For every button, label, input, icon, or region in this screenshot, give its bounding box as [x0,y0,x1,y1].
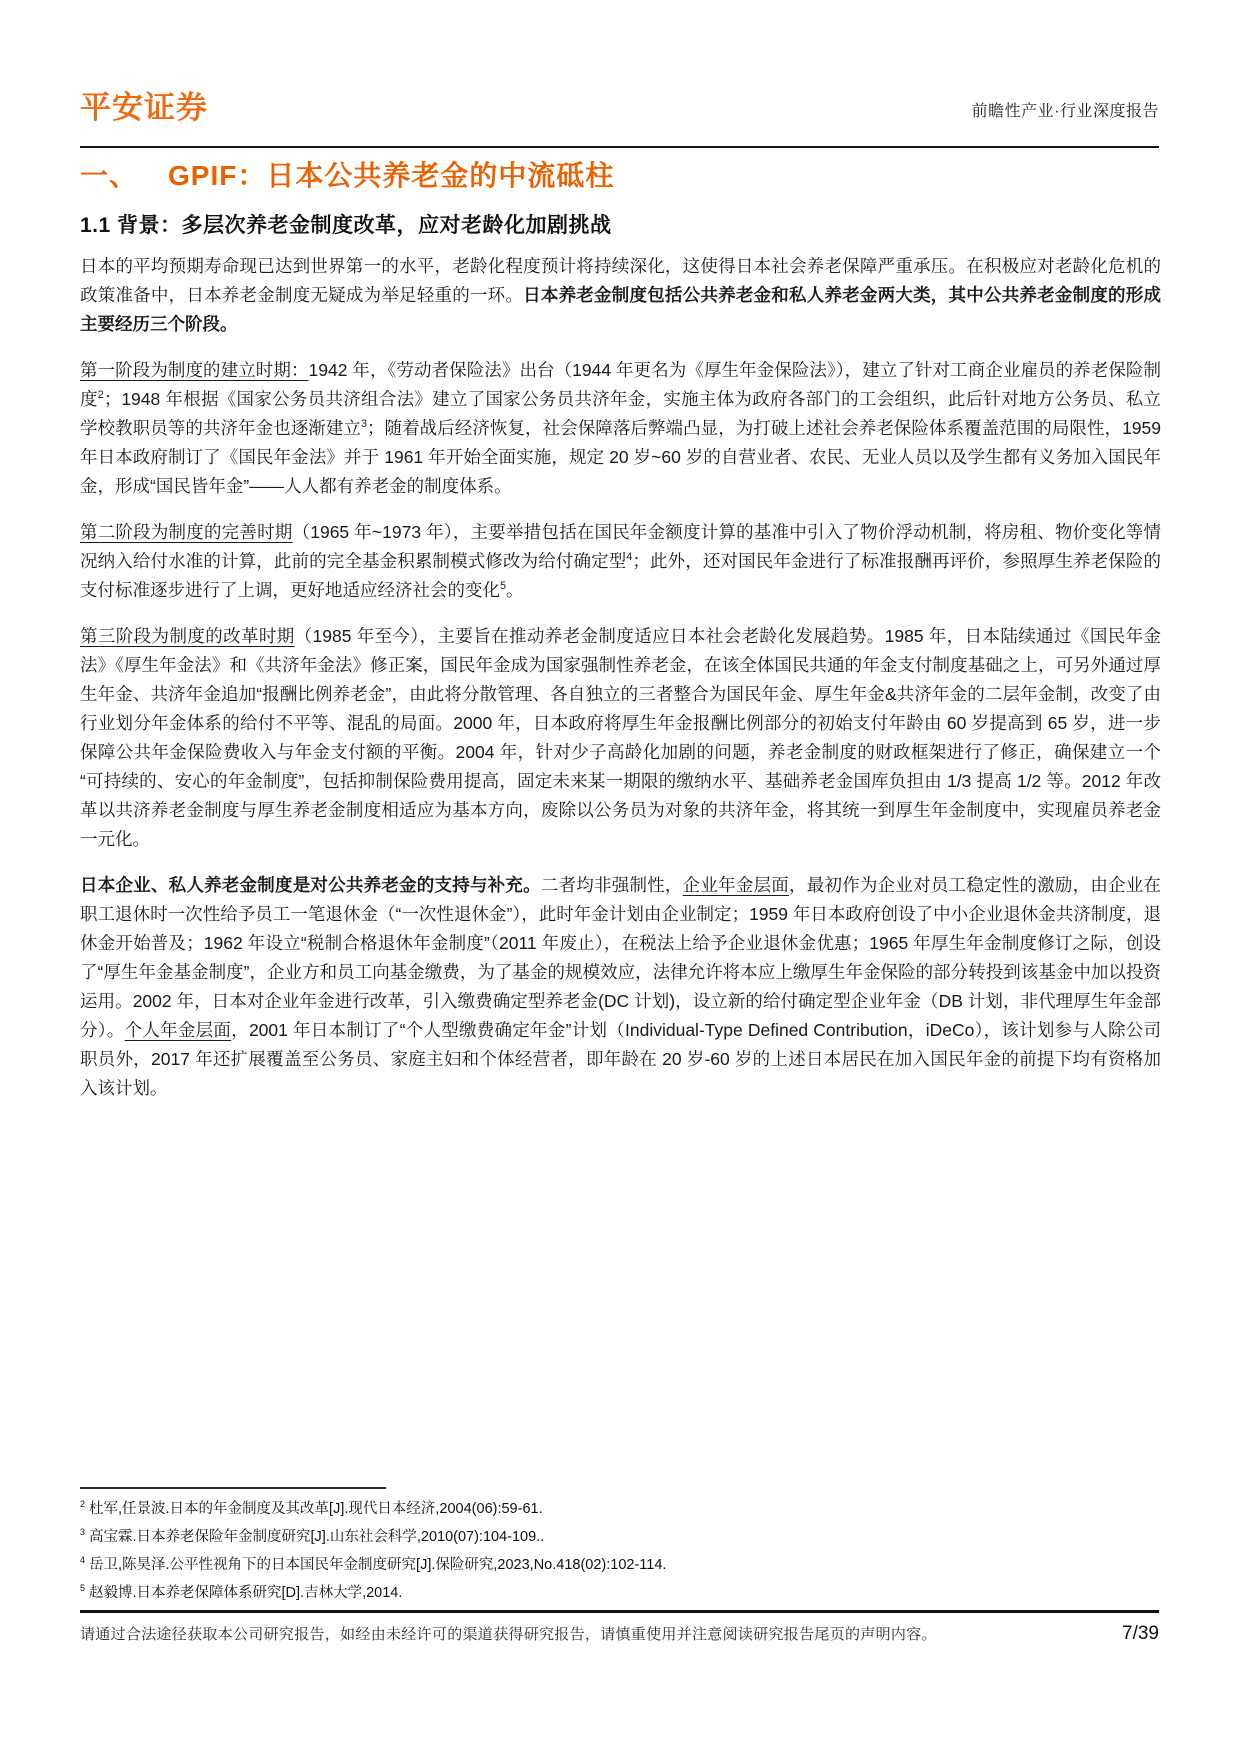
paragraph-4: 第三阶段为制度的改革时期（1985 年至今），主要旨在推动养老金制度适应日本社会… [80,622,1161,854]
section-title: GPIF：日本公共养老金的中流砥柱 [168,160,614,191]
footnotes-section: 2杜军,任景波.日本的年金制度及其改革[J].现代日本经济,2004(06):5… [80,1487,1159,1607]
body-text: 日本的平均预期寿命现已达到世界第一的水平，老龄化程度预计将持续深化，这使得日本社… [80,252,1161,1120]
footnote-marker: 3 [80,1527,85,1537]
header-divider [80,146,1159,148]
footnote-marker: 5 [80,1583,85,1593]
footnote-text: 高宝霖.日本养老保险年金制度研究[J].山东社会科学,2010(07):104-… [89,1529,544,1545]
footnote-marker: 4 [80,1555,85,1565]
pingan-securities-logo: 平安证券 [80,92,208,123]
footnote-text: 赵毅博.日本养老保障体系研究[D].吉林大学,2014. [89,1585,402,1601]
subsection-heading: 1.1 背景：多层次养老金制度改革，应对老龄化加剧挑战 [80,213,1159,238]
report-type-label: 前瞻性产业·行业深度报告 [972,104,1159,123]
disclaimer-text: 请通过合法途径获取本公司研究报告，如经由未经许可的渠道获得研究报告，请慎重使用并… [80,1623,937,1644]
footnote-item: 2杜军,任景波.日本的年金制度及其改革[J].现代日本经济,2004(06):5… [80,1495,1159,1523]
page-header: 平安证券 前瞻性产业·行业深度报告 [80,92,1159,123]
report-page: 平安证券 前瞻性产业·行业深度报告 一、GPIF：日本公共养老金的中流砥柱 1.… [0,0,1241,1755]
paragraph-2: 第一阶段为制度的建立时期：1942 年，《劳动者保险法》出台（1944 年更名为… [80,356,1161,501]
footnote-separator [80,1487,386,1489]
paragraph-3: 第二阶段为制度的完善时期（1965 年~1973 年），主要举措包括在国民年金额… [80,518,1161,605]
footer-divider [80,1610,1159,1613]
page-footer: 请通过合法途径获取本公司研究报告，如经由未经许可的渠道获得研究报告，请慎重使用并… [80,1623,1159,1645]
footnote-item: 3高宝霖.日本养老保险年金制度研究[J].山东社会科学,2010(07):104… [80,1523,1159,1551]
footnote-text: 岳卫,陈昊泽.公平性视角下的日本国民年金制度研究[J].保险研究,2023,No… [89,1557,666,1573]
footnote-marker: 2 [80,1499,85,1509]
paragraph-5: 日本企业、私人养老金制度是对公共养老金的支持与补充。二者均非强制性，企业年金层面… [80,871,1161,1103]
section-heading: 一、GPIF：日本公共养老金的中流砥柱 [80,160,1159,192]
paragraph-1: 日本的平均预期寿命现已达到世界第一的水平，老龄化程度预计将持续深化，这使得日本社… [80,252,1161,339]
section-number: 一、 [80,160,138,191]
footnote-text: 杜军,任景波.日本的年金制度及其改革[J].现代日本经济,2004(06):59… [89,1501,543,1517]
page-number: 7/39 [1122,1623,1159,1645]
footnote-item: 5赵毅博.日本养老保障体系研究[D].吉林大学,2014. [80,1579,1159,1607]
footnote-item: 4岳卫,陈昊泽.公平性视角下的日本国民年金制度研究[J].保险研究,2023,N… [80,1551,1159,1579]
